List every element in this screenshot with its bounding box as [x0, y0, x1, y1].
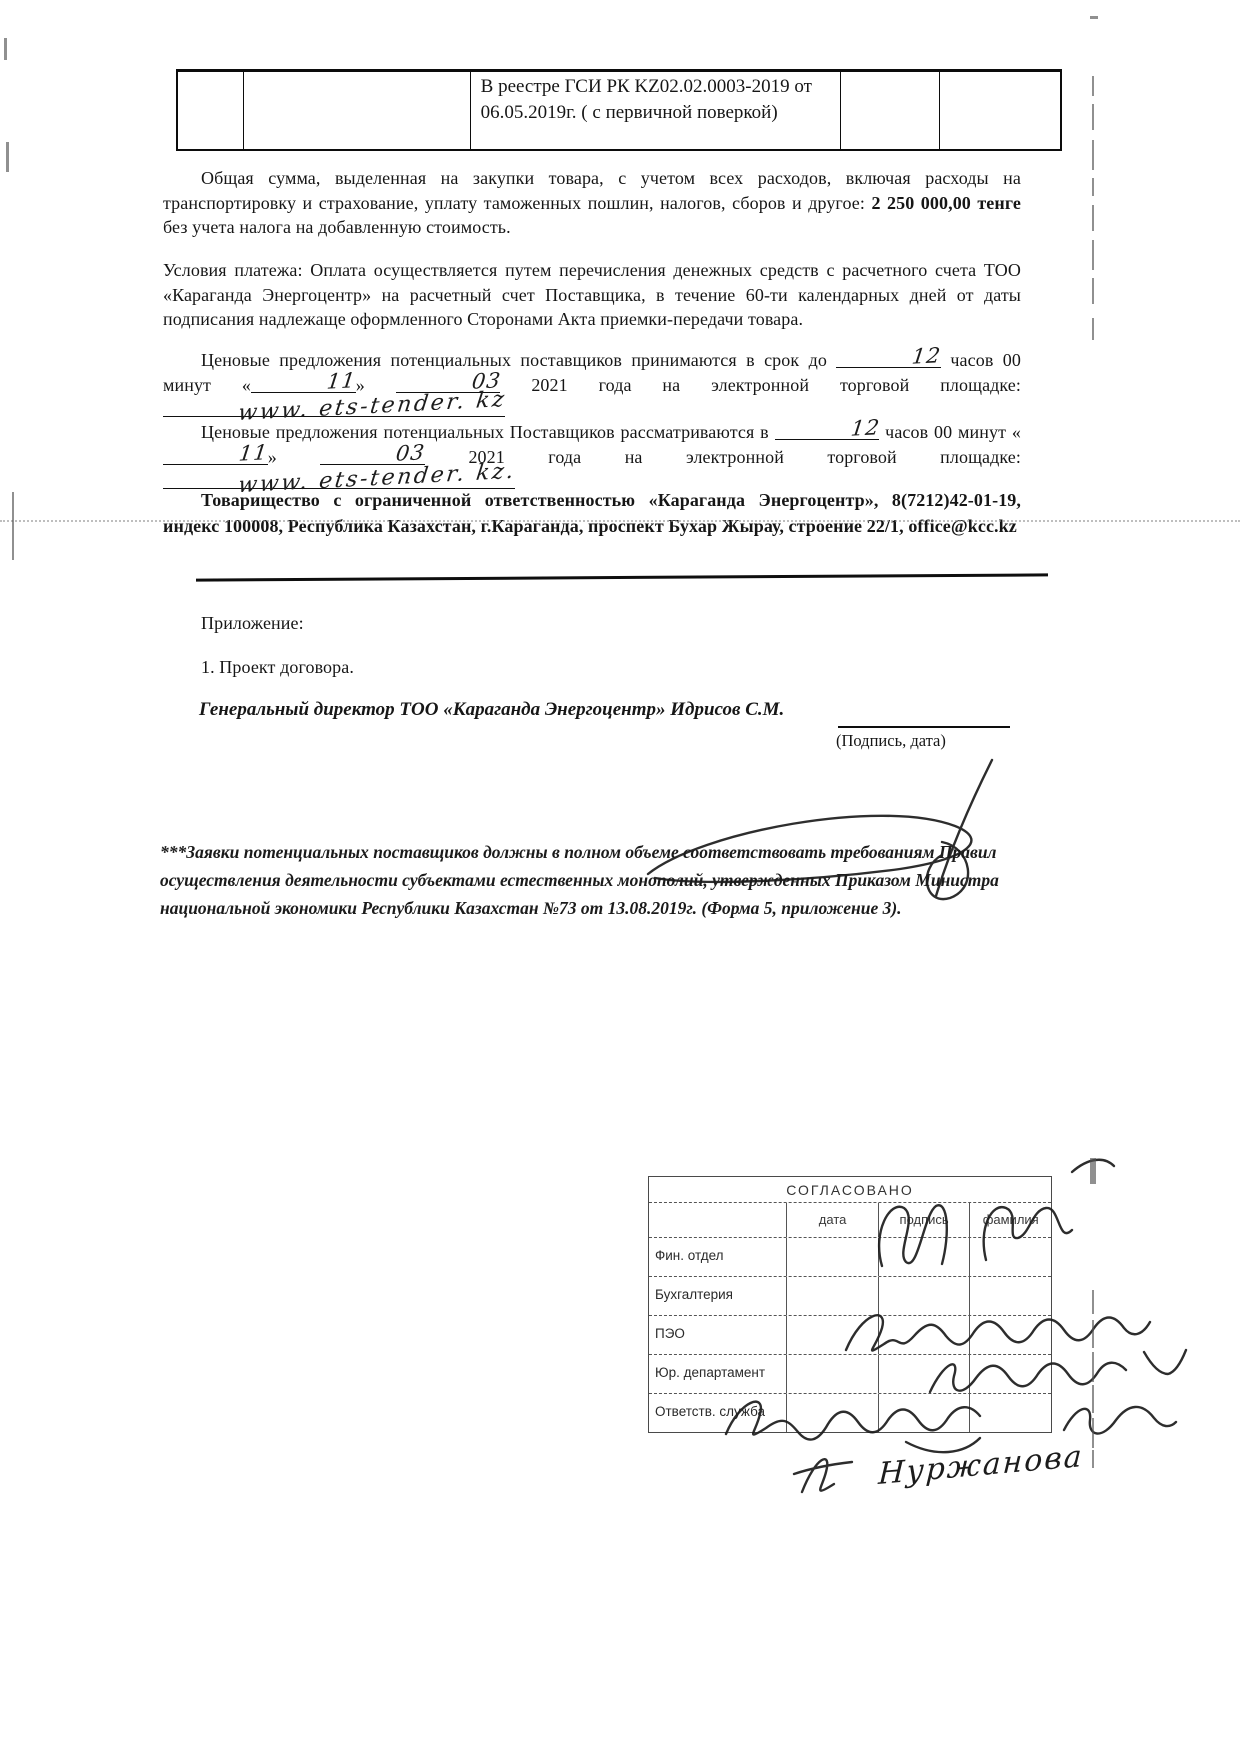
total-amount: 2 250 000,00 тенге [871, 193, 1021, 213]
approval-row: ПЭО [649, 1316, 1051, 1355]
scan-artifact [4, 38, 7, 60]
scan-artifact [1092, 104, 1094, 130]
text-run: Ценовые предложения потенциальных постав… [201, 350, 836, 370]
scan-artifact [1092, 140, 1094, 170]
text-run: » [356, 375, 396, 395]
approval-cell-date [786, 1316, 878, 1354]
blank-hours: 12 [775, 424, 880, 440]
scan-artifact [1092, 240, 1094, 270]
approval-header-empty [649, 1203, 786, 1237]
scan-artifact [1092, 1418, 1094, 1448]
approval-cell-sign [878, 1316, 970, 1354]
approval-header-date: дата [786, 1203, 878, 1237]
scan-artifact [1092, 1385, 1094, 1413]
table-cell-empty [244, 72, 471, 149]
paragraph-offers-reviewed: Ценовые предложения потенциальных Постав… [163, 420, 1021, 494]
checkmark-scrawl [1144, 1350, 1186, 1374]
approval-cell-name [969, 1316, 1051, 1354]
table-cell-empty [841, 72, 940, 149]
scan-artifact [1092, 205, 1094, 231]
signature-underline [838, 726, 1010, 728]
text-run: Ценовые предложения потенциальных Постав… [201, 422, 775, 442]
table-cell-registry-text: В реестре ГСИ РК KZ02.02.0003-2019 от 06… [471, 72, 841, 149]
scan-artifact [1092, 318, 1094, 340]
scan-artifact [6, 142, 9, 172]
approval-cell-sign [878, 1238, 970, 1276]
approval-row-label: Фин. отдел [649, 1238, 786, 1276]
approval-header-sign: подпись [878, 1203, 970, 1237]
handwritten-hours: 12 [873, 348, 942, 365]
scan-artifact [1092, 278, 1094, 304]
director-signature-line: Генеральный директор ТОО «Караганда Энер… [163, 699, 1021, 721]
approval-row-label: Ответств. служба [649, 1394, 786, 1432]
approval-title: СОГЛАСОВАНО [649, 1177, 1051, 1203]
approval-cell-date [786, 1394, 878, 1432]
blank-day: 11 [251, 377, 356, 393]
approval-row-label: ПЭО [649, 1316, 786, 1354]
blank-site: www. ets-tender. kz [163, 402, 505, 417]
blank-day: 11 [163, 449, 268, 465]
approval-row: Ответств. служба [649, 1394, 1051, 1432]
scan-artifact [1092, 1290, 1094, 1314]
scan-artifact [1092, 1450, 1094, 1468]
attachment-item: 1. Проект договора. [163, 655, 1021, 680]
approval-cell-name [969, 1238, 1051, 1276]
scan-artifact [12, 492, 14, 560]
approval-cell-name [969, 1277, 1051, 1315]
approval-row-label: Бухгалтерия [649, 1277, 786, 1315]
blank-month: 03 [320, 449, 425, 465]
paragraph-company-contacts: Товарищество с ограниченной ответственно… [163, 487, 1021, 539]
approval-header-name: фамилия [969, 1203, 1051, 1237]
table-cell-empty [178, 72, 244, 149]
paragraph-payment-terms: Условия платежа: Оплата осуществляется п… [163, 258, 1021, 332]
scan-artifact [1092, 1352, 1094, 1382]
table-cell-empty [940, 72, 1060, 149]
approval-cell-date [786, 1277, 878, 1315]
document-page: В реестре ГСИ РК KZ02.02.0003-2019 от 06… [0, 0, 1240, 1754]
scan-artifact [1090, 16, 1098, 19]
blank-hours: 12 [836, 352, 941, 368]
paragraph-total-sum: Общая сумма, выделенная на закупки товар… [163, 166, 1021, 240]
handwritten-month: 03 [357, 445, 426, 462]
scan-artifact [1092, 76, 1094, 96]
approval-cell-sign [878, 1355, 970, 1393]
initials-scrawl [794, 1459, 852, 1492]
approval-table: СОГЛАСОВАНО дата подпись фамилия Фин. от… [648, 1176, 1052, 1433]
handwritten-hours: 12 [811, 420, 880, 437]
approval-cell-date [786, 1355, 878, 1393]
approval-row: Юр. департамент [649, 1355, 1051, 1394]
footnote: ***Заявки потенциальных поставщиков долж… [160, 838, 1028, 922]
handwritten-site: www. ets-tender. kz [199, 393, 507, 423]
paragraph-offers-accepted: Ценовые предложения потенциальных постав… [163, 348, 1021, 422]
scan-artifact-line [0, 520, 1240, 522]
text-run: » [268, 447, 321, 467]
approval-row-label: Юр. департамент [649, 1355, 786, 1393]
approval-cell-sign [878, 1394, 970, 1432]
scan-artifact [1092, 178, 1094, 196]
handwritten-day: 11 [288, 373, 357, 390]
signature-scrawl [1064, 1407, 1176, 1434]
approval-cell-sign [878, 1277, 970, 1315]
text-run: без учета налога на добавленную стоимост… [163, 217, 511, 237]
handwritten-day: 11 [200, 445, 269, 462]
signature-caption: (Подпись, дата) [836, 731, 946, 751]
text-run: 2021 года на электронной торговой площад… [500, 375, 1021, 395]
approval-header-row: дата подпись фамилия [649, 1203, 1051, 1238]
horizontal-rule [196, 573, 1048, 581]
approval-cell-name [969, 1394, 1051, 1432]
scan-artifact [1090, 1158, 1096, 1184]
approval-cell-name [969, 1355, 1051, 1393]
approval-cell-date [786, 1238, 878, 1276]
spec-table-fragment: В реестре ГСИ РК KZ02.02.0003-2019 от 06… [176, 69, 1062, 151]
approval-row: Бухгалтерия [649, 1277, 1051, 1316]
text-run: часов 00 минут « [879, 422, 1021, 442]
scan-artifact [1092, 1320, 1094, 1348]
approval-row: Фин. отдел [649, 1238, 1051, 1277]
attachment-label: Приложение: [163, 611, 1021, 636]
handwritten-surname: Нуржанова [877, 1439, 1084, 1492]
